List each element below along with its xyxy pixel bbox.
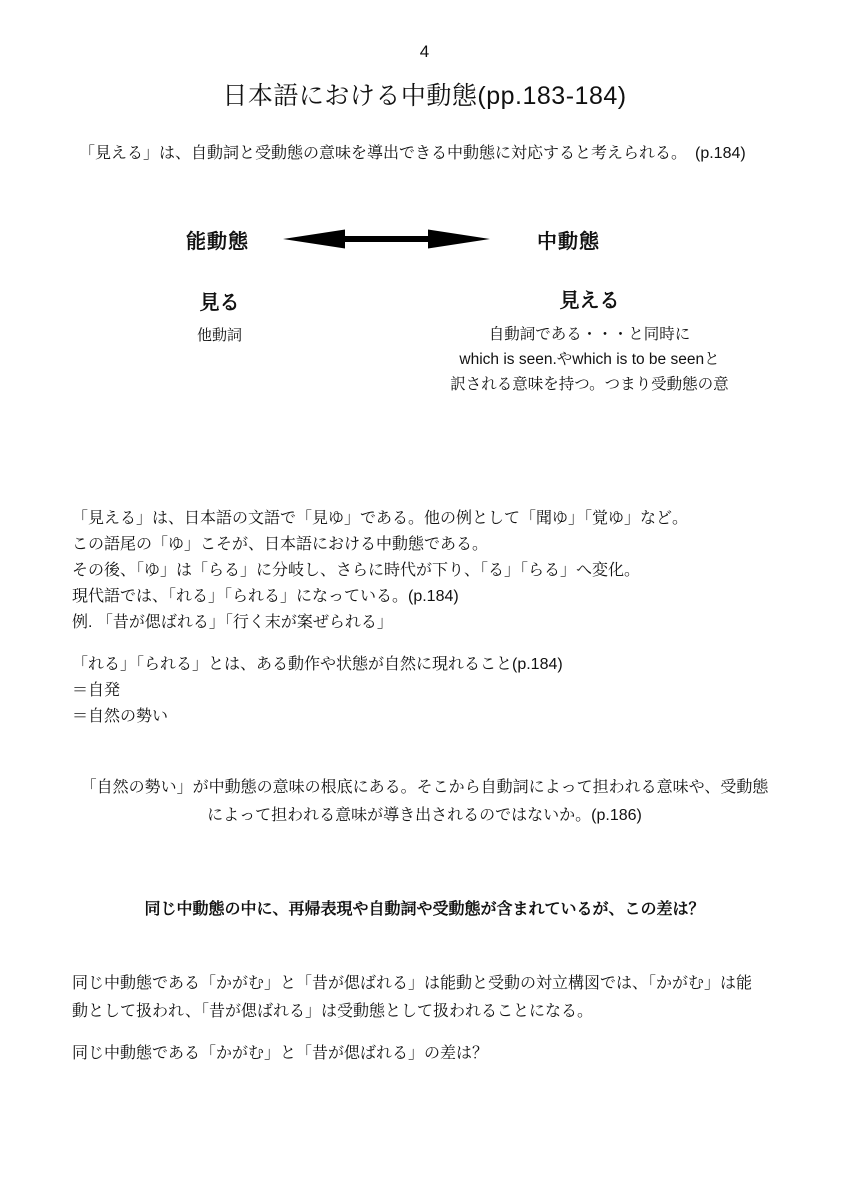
paragraph-line: 現代語では、「れる」「られる」になっている。(p.184) bbox=[72, 584, 688, 610]
discussion-question: 同じ中動態の中に、再帰表現や自動詞や受動態が含まれているが、この差は？ bbox=[0, 896, 849, 919]
term-mieru-line: which is seen.やwhich is to be seenと bbox=[432, 347, 747, 372]
page-number: 4 bbox=[0, 42, 849, 62]
closing-question: 同じ中動態である「かがむ」と「昔が偲ばれる」の差は？ bbox=[72, 1041, 488, 1067]
middle-voice-label: 中動態 bbox=[537, 225, 600, 254]
term-mieru-word: 見える bbox=[432, 284, 747, 313]
term-mieru-block: 見える 自動詞である・・・と同時に which is seen.やwhich i… bbox=[432, 284, 747, 397]
paragraph-line: 動として扱われ、「昔が偲ばれる」は受動態として扱われることになる。 bbox=[72, 998, 752, 1026]
intro-statement: 「見える」は、自動詞と受動態の意味を導出できる中動態に対応すると考えられる。 (… bbox=[79, 141, 746, 167]
term-miru-word: 見る bbox=[152, 286, 287, 315]
document-page: 4 日本語における中動態(pp.183-184) 「見える」は、自動詞と受動態の… bbox=[0, 0, 849, 1200]
term-miru-note: 他動詞 bbox=[152, 324, 287, 348]
term-mieru-description: 自動詞である・・・と同時に which is seen.やwhich is to… bbox=[432, 322, 747, 397]
paragraph-line: 同じ中動態である「かがむ」と「昔が偲ばれる」は能動と受動の対立構図では、「かがむ… bbox=[72, 970, 752, 998]
paragraph-line: 例. 「昔が偲ばれる」「行く末が案ぜられる」 bbox=[72, 610, 688, 636]
paragraph-line: 「自然の勢い」が中動態の意味の根底にある。そこから自動詞によって担われる意味や、… bbox=[0, 774, 849, 802]
paragraph-line: その後、「ゆ」は「らる」に分岐し、さらに時代が下り、「る」「らる」へ変化。 bbox=[72, 558, 688, 584]
paragraph-line: によって担われる意味が導き出されるのではないか。(p.186) bbox=[0, 802, 849, 830]
paragraph-line: 「れる」「られる」とは、ある動作や状態が自然に現れること(p.184) bbox=[72, 652, 563, 678]
double-arrow-icon bbox=[283, 229, 490, 249]
page-title: 日本語における中動態(pp.183-184) bbox=[0, 76, 849, 112]
paragraph-line: ＝自発 bbox=[72, 678, 563, 704]
term-miru-block: 見る 他動詞 bbox=[152, 286, 287, 348]
paragraph-line: 「見える」は、日本語の文語で「見ゆ」である。他の例として「聞ゆ」「覚ゆ」など。 bbox=[72, 506, 688, 532]
paragraph-line: この語尾の「ゆ」こそが、日本語における中動態である。 bbox=[72, 532, 688, 558]
term-mieru-line: 自動詞である・・・と同時に bbox=[432, 322, 747, 347]
paragraph-kagamu-contrast: 同じ中動態である「かがむ」と「昔が偲ばれる」は能動と受動の対立構図では、「かがむ… bbox=[72, 970, 752, 1026]
paragraph-bungo-history: 「見える」は、日本語の文語で「見ゆ」である。他の例として「聞ゆ」「覚ゆ」など。 … bbox=[72, 506, 688, 636]
term-mieru-line: 訳される意味を持つ。つまり受動態の意 bbox=[432, 372, 747, 397]
paragraph-shizen-no-ikioi: 「自然の勢い」が中動態の意味の根底にある。そこから自動詞によって担われる意味や、… bbox=[0, 774, 849, 830]
paragraph-line: ＝自然の勢い bbox=[72, 704, 563, 730]
double-arrow-svg bbox=[283, 229, 490, 249]
active-voice-label: 能動態 bbox=[186, 225, 249, 254]
paragraph-jihatsu: 「れる」「られる」とは、ある動作や状態が自然に現れること(p.184) ＝自発 … bbox=[72, 652, 563, 730]
